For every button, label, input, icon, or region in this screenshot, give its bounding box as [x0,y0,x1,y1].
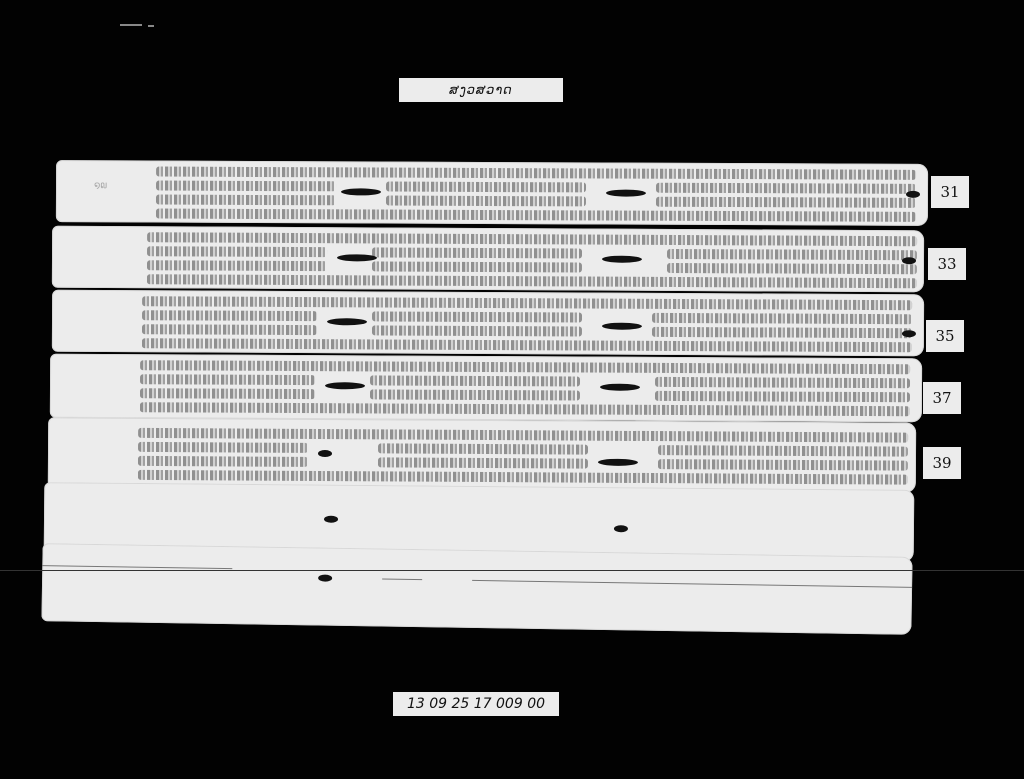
text-line [156,195,336,206]
text-line [667,263,917,274]
palm-leaf-37 [50,354,922,423]
margin-note: ໑໙ [94,180,107,191]
text-line [140,402,910,416]
binding-hole [325,382,365,389]
binding-hole [614,525,628,532]
text-line [378,457,588,468]
palm-leaf-blank [41,543,912,635]
text-line [147,246,327,257]
binding-hole [602,256,642,263]
text-line [372,261,582,272]
binding-hole [341,188,381,195]
text-line [138,456,308,467]
palm-leaf-39 [48,417,916,492]
binding-hole [337,254,377,261]
catalog-number-label: 13 09 25 17 009 00 [393,692,559,716]
text-line [140,360,910,374]
binding-hole [324,516,338,523]
palm-leaf-33 [52,226,924,293]
scan-artifact-line [0,570,1024,571]
text-line [142,324,317,335]
text-line [655,377,910,388]
text-line [147,260,327,271]
text-line [156,181,336,192]
text-line [138,428,908,443]
text-line [142,296,912,310]
text-line [656,183,916,194]
text-line [370,375,580,386]
scan-artifact [148,25,154,27]
binding-hole [327,318,367,325]
text-line [372,311,582,322]
text-line [142,310,317,321]
binding-hole [906,191,920,198]
binding-hole [598,459,638,466]
text-line [378,443,588,454]
leaf-crack [472,580,912,589]
scan-artifact [120,24,142,26]
text-line [386,182,586,193]
text-line [138,470,908,485]
page-number-label: 33 [928,248,966,280]
text-line [372,325,582,336]
text-line [370,389,580,400]
binding-hole [902,257,916,264]
text-line [656,197,916,208]
text-line [156,167,916,180]
text-line [658,445,908,457]
text-line [147,274,917,288]
page-number-label: 37 [923,382,961,414]
binding-hole [602,323,642,330]
text-line [667,249,917,260]
page-number-label: 39 [923,447,961,479]
page-number-label: 35 [926,320,964,352]
palm-leaf-31: ໑໙ [56,160,928,226]
leaf-crack [382,579,422,581]
text-line [372,247,582,258]
text-line [652,313,912,324]
palm-leaf-35 [52,290,924,357]
text-line [142,338,912,352]
text-line [138,442,308,453]
text-line [147,232,917,246]
text-line [386,196,586,207]
text-line [655,391,910,402]
manuscript-title-label: ສງວສວາດ [399,78,563,102]
text-line [658,459,908,471]
text-line [652,327,912,338]
text-line [140,388,315,399]
text-line [140,374,315,385]
binding-hole [902,330,916,337]
leaf-crack [42,565,232,569]
binding-hole [600,384,640,391]
binding-hole [318,450,332,457]
text-line [156,209,916,222]
binding-hole [318,575,332,582]
page-number-label: 31 [931,176,969,208]
binding-hole [606,189,646,196]
